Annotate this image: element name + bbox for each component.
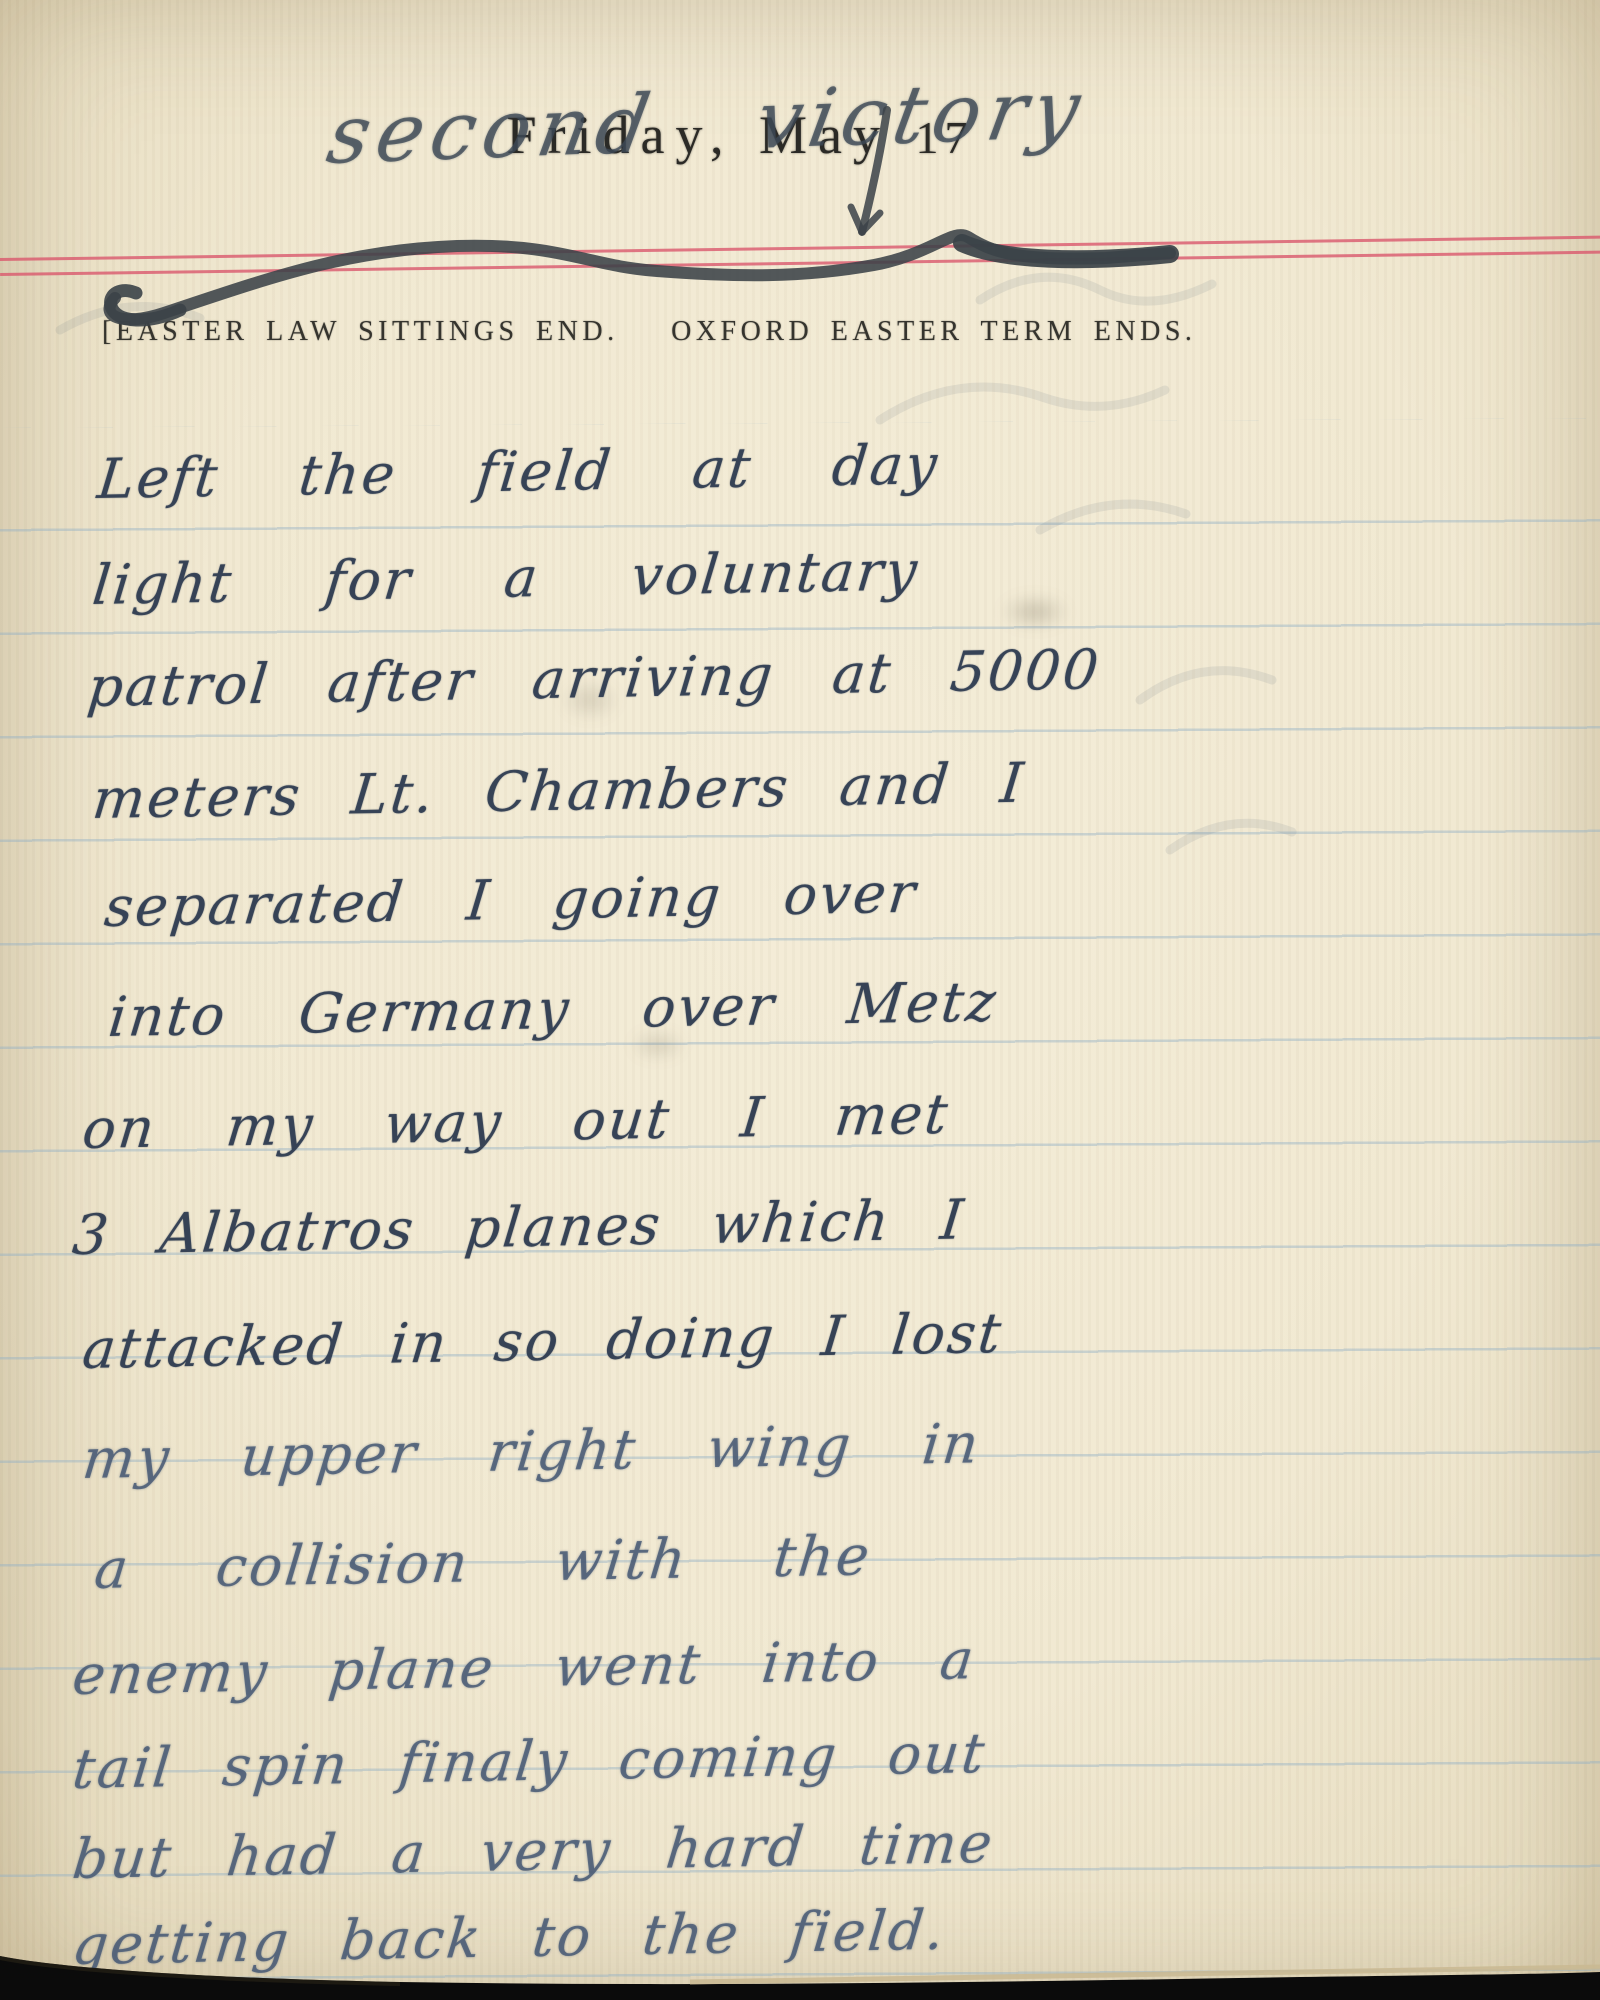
entry-line: but had a very hard time [70, 1816, 997, 1887]
entry-line: my upper right wing in [80, 1416, 983, 1487]
almanac-note: [EASTER LAW SITTINGS END. OXFORD EASTER … [102, 316, 1196, 348]
entry-line: enemy plane went into a [70, 1632, 979, 1703]
entry-line: light for a voluntary [90, 543, 922, 613]
entry-line: attacked in so doing I lost [80, 1306, 1006, 1377]
red-header-rules [0, 235, 1600, 276]
entry-line: meters Lt. Chambers and I [90, 756, 1028, 827]
entry-line: Left the field at day [95, 437, 942, 507]
red-rule-top [0, 235, 1600, 261]
entry-line: 3 Albatros planes which I [70, 1192, 968, 1263]
entry-line: tail spin finaly coming out [70, 1726, 989, 1797]
entry-line: into Germany over Metz [106, 974, 1001, 1045]
entry-line: getting back to the field. [70, 1903, 949, 1973]
ink-flourish [0, 0, 1600, 420]
diary-page: Friday, May 17 [EASTER LAW SITTINGS END.… [0, 0, 1600, 2000]
diary-photo: { "document": { "kind": "handwritten dia… [0, 0, 1600, 2000]
entry-line: on my way out I met [80, 1087, 952, 1157]
entry-line: a collision with the [92, 1528, 874, 1597]
entry-line: separated I going over [102, 866, 920, 935]
